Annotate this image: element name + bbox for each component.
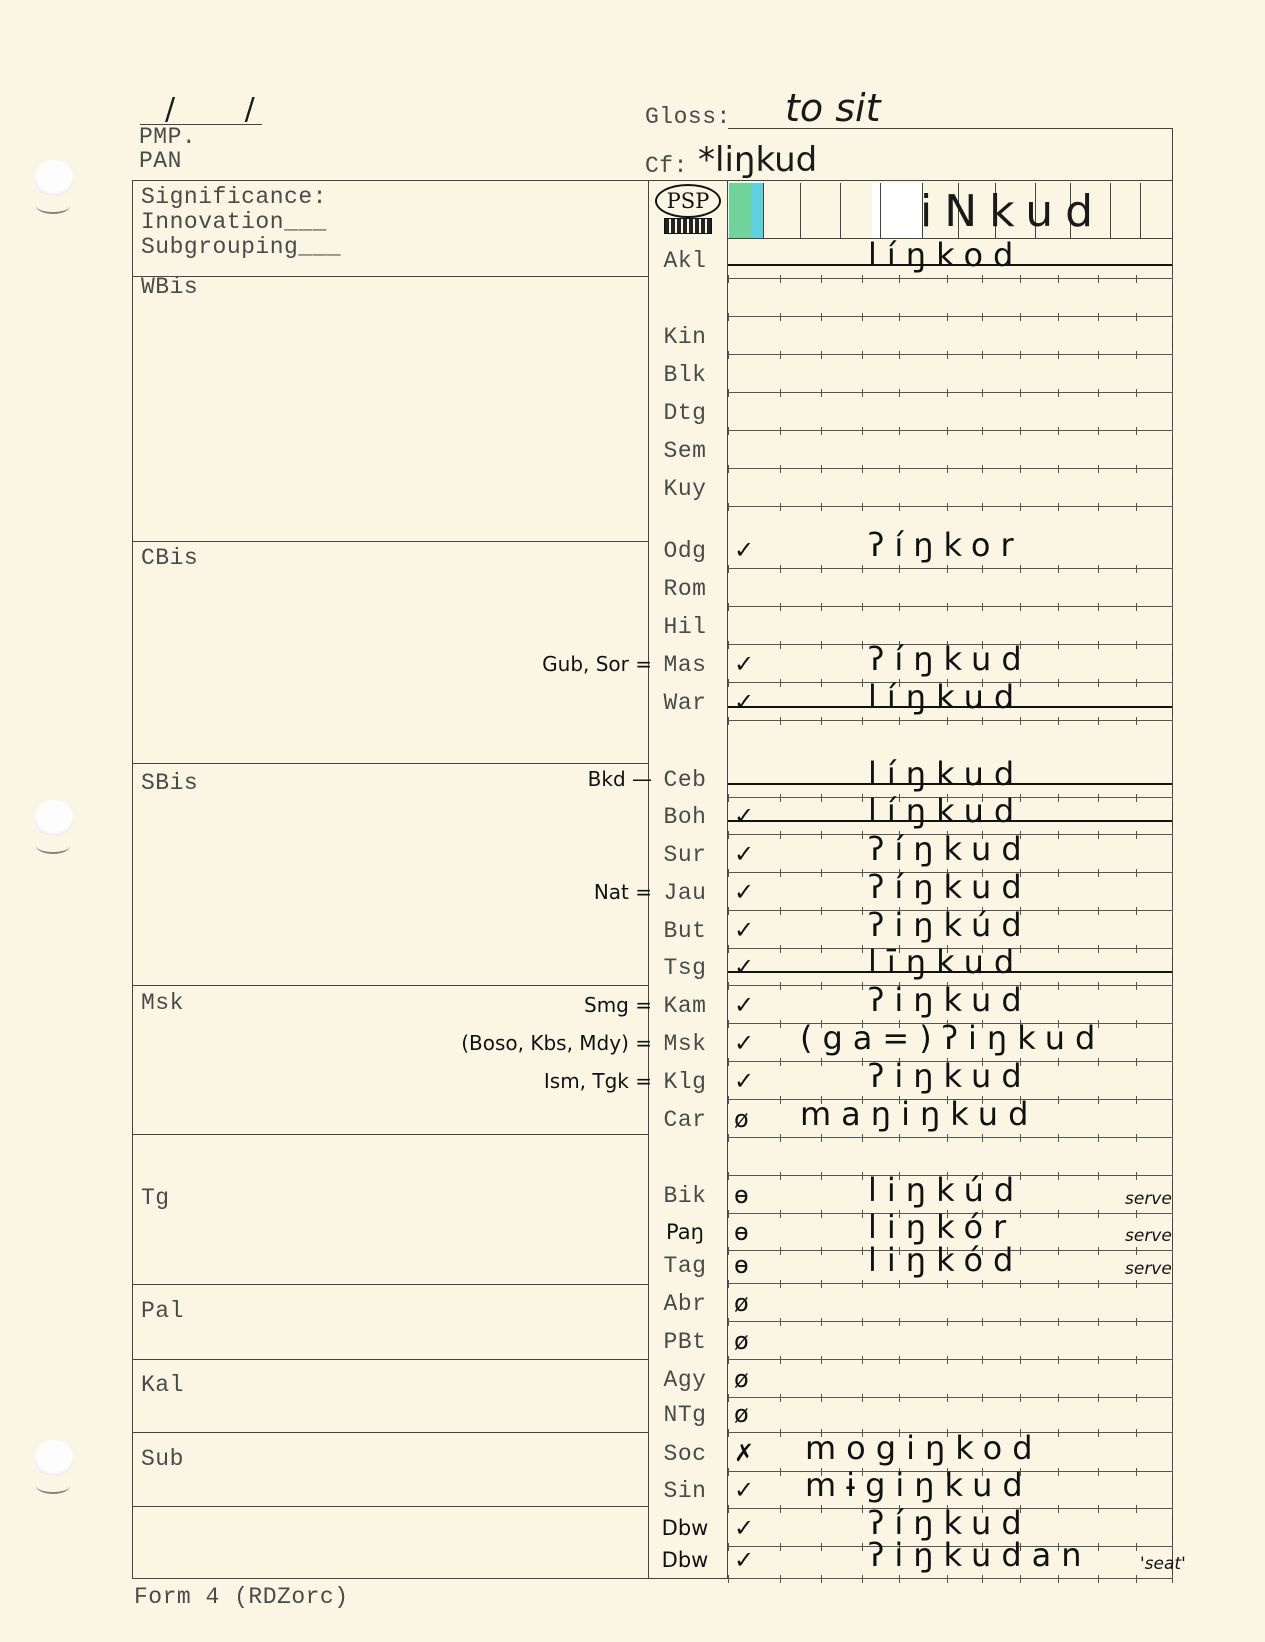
tick-mark [862,869,863,877]
tick-mark [1136,351,1137,359]
tick-mark [1098,831,1099,839]
tick-mark [1172,679,1173,687]
tick-mark [862,1058,863,1066]
tick-mark [947,1318,948,1326]
tick-mark [1172,1020,1173,1028]
tick-mark [1136,465,1137,473]
tick-mark [780,313,781,321]
tick-mark [862,1210,863,1218]
language-label: But [650,918,720,944]
tick-mark [1058,1429,1059,1437]
tick-mark [728,465,729,473]
tick-mark [780,1543,781,1551]
cognate-form: līŋkud [868,943,1024,981]
tick-mark [728,1247,729,1255]
language-label: Boh [650,804,720,830]
tick-mark [1136,1058,1137,1066]
null-mark-icon: ø [734,1365,749,1393]
tick-mark [1058,603,1059,611]
tick-mark [899,465,900,473]
language-label: Ceb [650,767,720,793]
tick-mark [728,1318,729,1326]
tick-mark [899,1356,900,1364]
tick-mark [780,1210,781,1218]
tick-mark [1172,1429,1173,1437]
tick-mark [1098,1134,1099,1142]
ruled-line [728,1578,1172,1579]
equivalent-languages-note: Bkd — [588,767,652,791]
tick-mark [1098,465,1099,473]
binder-hole-shadow [36,838,70,854]
checkmark-icon: ✓ [734,688,754,716]
tick-mark [780,1280,781,1288]
tick-mark [780,794,781,802]
tick-mark [1058,1394,1059,1402]
tick-mark [947,503,948,511]
tick-mark [1172,1210,1173,1218]
gloss-note: serve [1125,1189,1172,1209]
section-cbis: CBis [141,545,198,571]
tick-mark [728,869,729,877]
tick-mark [780,427,781,435]
language-label: Dbw [650,1516,720,1540]
tick-mark [899,565,900,573]
tick-mark [947,1280,948,1288]
tick-mark [728,831,729,839]
cf-label: Cf: [645,153,688,179]
tick-mark [1172,641,1173,649]
pan-label: PAN [139,148,182,174]
tick-mark [1020,275,1021,283]
tick-mark [947,1394,948,1402]
tick-mark [862,1543,863,1551]
section-sbis: SBis [141,770,198,796]
tick-mark [862,1134,863,1142]
tick-mark [1058,1356,1059,1364]
language-label: Tag [650,1253,720,1279]
checkmark-icon: ✓ [734,1029,754,1057]
tick-mark [728,603,729,611]
table-top-border [132,180,1172,181]
tick-mark [947,603,948,611]
tick-mark [821,945,822,953]
tick-mark [780,1468,781,1476]
tick-mark [1172,1505,1173,1513]
tick-mark [1098,982,1099,990]
tick-mark [899,1394,900,1402]
tick-mark [728,1020,729,1028]
tick-mark [1020,1356,1021,1364]
null-mark-icon: ɵ [734,1218,749,1246]
cognate-form: líŋkud [868,755,1024,793]
highlight-green [729,183,751,238]
tick-mark [780,1058,781,1066]
tick-mark [1172,275,1173,283]
tick-mark [947,1575,948,1583]
tick-mark [780,1429,781,1437]
cognate-form: líŋkod [868,236,1023,274]
tick-mark [821,869,822,877]
tick-mark [821,1247,822,1255]
cognate-form: ʔiŋkud [868,981,1032,1019]
ruled-line [728,606,1172,607]
tick-mark [862,1394,863,1402]
binder-hole [34,160,74,196]
tick-mark [1098,1575,1099,1583]
tick-mark [1058,313,1059,321]
tick-mark [780,1318,781,1326]
ruled-line [728,1397,1172,1398]
tick-mark [780,869,781,877]
tick-mark [1136,565,1137,573]
tick-mark [821,1172,822,1180]
checkmark-icon: ✓ [734,650,754,678]
tick-mark [982,565,983,573]
tick-mark [780,351,781,359]
tick-mark [1058,1247,1059,1255]
checkmark-icon: ✓ [734,536,754,564]
tick-mark [780,1575,781,1583]
tick-mark [1098,313,1099,321]
tick-mark [728,1096,729,1104]
tick-mark [1172,1575,1173,1583]
section-pal: Pal [141,1298,184,1324]
tick-mark [1020,565,1021,573]
tick-mark [1098,679,1099,687]
tick-mark [1136,275,1137,283]
subgrouping-label[interactable]: Subgrouping___ [141,234,341,260]
tick-mark [780,982,781,990]
gloss-value: to sit [785,86,880,130]
cognate-form: mogiŋkod [805,1429,1043,1467]
ruled-line [728,354,1172,355]
equivalent-languages-note: (Boso, Kbs, Mdy) = [461,1031,652,1055]
tick-mark [899,503,900,511]
tick-mark [899,275,900,283]
section-divider [132,1284,648,1285]
ruled-line [728,1137,1172,1138]
gloss-label: Gloss: [645,104,731,130]
tick-mark [1136,1134,1137,1142]
tick-mark [1136,1575,1137,1583]
language-label: Msk [650,1031,720,1057]
tick-mark [1058,565,1059,573]
equivalent-languages-note: Ism, Tgk = [544,1069,652,1093]
section-divider [132,985,648,986]
tick-mark [728,717,729,725]
cognate-form: mɨgiŋkud [805,1466,1033,1504]
language-label: Blk [650,362,720,388]
ruled-line [728,392,1172,393]
tick-mark [862,503,863,511]
language-label: Soc [650,1441,720,1467]
tick-mark [1172,907,1173,915]
tick-mark [1136,1356,1137,1364]
tick-mark [899,389,900,397]
tick-mark [1172,1468,1173,1476]
tick-mark [982,717,983,725]
tick-mark [862,1172,863,1180]
checkmark-icon: ✓ [734,991,754,1019]
tick-mark [728,679,729,687]
language-label: Kam [650,993,720,1019]
tick-mark [728,1134,729,1142]
tick-mark [728,275,729,283]
tick-mark [1172,1247,1173,1255]
language-label: Sin [650,1478,720,1504]
language-label: NTg [650,1402,720,1428]
tick-mark [821,1210,822,1218]
tick-mark [1058,465,1059,473]
checkmark-icon: ✓ [734,878,754,906]
ruled-line [728,278,1172,279]
tick-mark [821,1575,822,1583]
tick-mark [1020,603,1021,611]
tick-mark [862,465,863,473]
binder-hole [34,800,74,836]
language-label: Car [650,1107,720,1133]
tick-mark [862,945,863,953]
language-label: Jau [650,880,720,906]
innovation-label[interactable]: Innovation___ [141,209,327,235]
tick-mark [947,465,948,473]
tick-mark [728,1575,729,1583]
tick-mark [728,641,729,649]
tick-mark [728,503,729,511]
tick-mark [1136,389,1137,397]
cognate-form: ʔiŋkúd [868,906,1032,944]
tick-mark [1136,641,1137,649]
tick-mark [1136,1468,1137,1476]
tick-mark [780,679,781,687]
tick-mark [780,275,781,283]
tick-mark [1020,465,1021,473]
tick-mark [728,794,729,802]
tick-mark [1172,313,1173,321]
tick-mark [862,1318,863,1326]
tick-mark [728,982,729,990]
tick-mark [982,275,983,283]
tick-mark [728,565,729,573]
tick-mark [1058,1468,1059,1476]
tick-mark [1136,679,1137,687]
tick-mark [780,1172,781,1180]
tick-mark [1172,794,1173,802]
strikethrough-line [728,264,1172,266]
tick-mark [1020,1210,1021,1218]
language-label: Hil [650,614,720,640]
section-divider [132,1359,648,1360]
tick-mark [1172,503,1173,511]
section-wbis: WBis [141,274,198,300]
tick-mark [780,465,781,473]
tick-mark [728,1356,729,1364]
tick-mark [982,1575,983,1583]
checkmark-icon: ✓ [734,953,754,981]
tick-mark [982,503,983,511]
tick-mark [821,1134,822,1142]
tick-mark [1058,1575,1059,1583]
tick-mark [1020,717,1021,725]
tick-mark [821,679,822,687]
checkmark-icon: ✓ [734,802,754,830]
tick-mark [1098,717,1099,725]
tick-mark [821,907,822,915]
tick-mark [780,1394,781,1402]
binder-hole-shadow [36,198,70,214]
tick-mark [1136,794,1137,802]
tick-mark [728,351,729,359]
checkmark-icon: ✓ [734,1476,754,1504]
tick-mark [1098,389,1099,397]
tick-mark [1136,1210,1137,1218]
tick-mark [899,1575,900,1583]
language-label: Dtg [650,400,720,426]
tick-mark [1136,1020,1137,1028]
tick-mark [1098,351,1099,359]
tick-mark [899,427,900,435]
tick-mark [728,389,729,397]
tick-mark [821,389,822,397]
tick-mark [1058,717,1059,725]
tick-mark [1098,794,1099,802]
cf-value: *liŋkud [698,140,817,180]
equivalent-languages-note: Nat = [594,880,652,904]
ruled-line [728,720,1172,721]
tick-mark [862,717,863,725]
tick-mark [728,1394,729,1402]
tick-mark [821,465,822,473]
strikethrough-line [728,820,1172,822]
tick-mark [780,603,781,611]
section-divider [132,1506,648,1507]
tick-mark [821,794,822,802]
tick-mark [1058,1058,1059,1066]
tick-mark [821,831,822,839]
cognate-form: ʔíŋkor [868,526,1024,564]
tick-mark [1136,1543,1137,1551]
section-divider [132,1432,648,1433]
tick-mark [1058,1096,1059,1104]
tick-mark [1098,1280,1099,1288]
tick-mark [728,1543,729,1551]
tick-mark [1136,831,1137,839]
ruled-line [728,568,1172,569]
tick-mark [821,1356,822,1364]
tick-mark [1098,1429,1099,1437]
tick-mark [1136,313,1137,321]
tick-mark [1136,982,1137,990]
tick-mark [728,427,729,435]
section-kal: Kal [141,1372,184,1398]
tick-mark [1136,1505,1137,1513]
tick-mark [780,831,781,839]
tick-mark [821,641,822,649]
tick-mark [1098,907,1099,915]
language-label: Akl [650,248,720,274]
tick-mark [780,1356,781,1364]
ruled-line [728,1321,1172,1322]
tick-mark [1172,869,1173,877]
tick-mark [780,389,781,397]
tick-mark [1172,1356,1173,1364]
null-mark-icon: ɵ [734,1181,749,1209]
tick-mark [1058,1172,1059,1180]
language-label: Sem [650,438,720,464]
tick-mark [1136,1318,1137,1326]
tick-mark [1058,794,1059,802]
tick-mark [862,313,863,321]
tick-mark [1136,1394,1137,1402]
tick-mark [821,982,822,990]
cognate-form: ʔiŋkudan [868,1536,1092,1574]
form-label: Form 4 (RDZorc) [134,1584,349,1610]
tick-mark [1136,869,1137,877]
tick-mark [1172,717,1173,725]
tick-mark [862,565,863,573]
null-mark-icon: ø [734,1105,749,1133]
language-label: Agy [650,1367,720,1393]
cognate-form: liŋkód [868,1241,1023,1279]
tick-mark [1172,982,1173,990]
section-divider [132,1134,648,1135]
tick-mark [1136,503,1137,511]
tick-mark [947,1356,948,1364]
section-divider [132,276,648,277]
tick-mark [1136,717,1137,725]
tick-mark [1172,1280,1173,1288]
tick-mark [1058,351,1059,359]
tick-mark [1098,275,1099,283]
language-label: Sur [650,842,720,868]
cognate-form: líŋkud [868,678,1024,716]
cognate-form: ʔíŋkud [868,868,1032,906]
significance-title: Significance: [141,184,327,210]
tick-mark [899,717,900,725]
tick-mark [947,313,948,321]
psp-grid-cell-divider [840,183,841,238]
checkmark-icon: ✓ [734,916,754,944]
tick-mark [780,717,781,725]
tick-mark [1098,1318,1099,1326]
tick-mark [982,1280,983,1288]
tick-mark [821,427,822,435]
cognate-form: liŋkúd [868,1171,1024,1209]
tick-mark [1172,351,1173,359]
date-field: / / [165,92,285,127]
tick-mark [780,641,781,649]
tick-mark [982,1134,983,1142]
tick-mark [1098,603,1099,611]
tick-mark [1058,389,1059,397]
tick-mark [821,275,822,283]
psp-grid-cell-divider [763,183,764,238]
tick-mark [1172,1096,1173,1104]
checkmark-icon: ✓ [734,1546,754,1574]
tick-mark [947,1134,948,1142]
language-label: War [650,690,720,716]
tick-mark [1136,907,1137,915]
cognate-form: ʔíŋkud [868,640,1032,678]
tick-mark [947,275,948,283]
tick-mark [1136,945,1137,953]
tick-mark [899,1280,900,1288]
tick-mark [821,565,822,573]
tick-mark [1058,275,1059,283]
psp-label: PSP [655,184,721,218]
ruled-line [728,506,1172,507]
tick-mark [728,1058,729,1066]
